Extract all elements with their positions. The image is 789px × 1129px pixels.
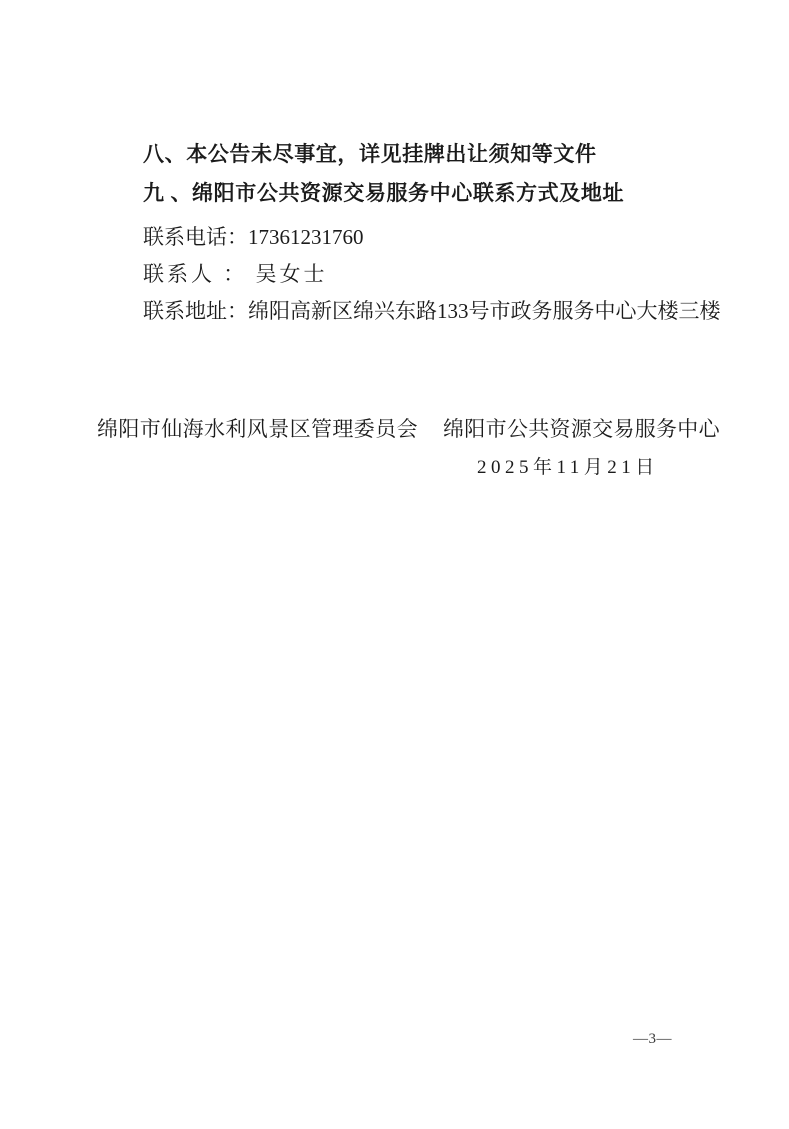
- section-nine-heading: 九 、绵阳市公共资源交易服务中心联系方式及地址: [143, 181, 624, 205]
- signature-left-organization: 绵阳市仙海水利风景区管理委员会: [97, 417, 418, 441]
- signature-date: 2025年11月21日: [477, 456, 659, 480]
- contact-person-line: 联系人 ： 吴女士: [143, 262, 328, 286]
- page-number: —3—: [633, 1031, 672, 1048]
- contact-phone-line: 联系电话：17361231760: [143, 225, 364, 249]
- signature-right-organization: 绵阳市公共资源交易服务中心: [443, 417, 720, 441]
- notice-document-page: 八、本公告未尽事宜，详见挂牌出让须知等文件 九 、绵阳市公共资源交易服务中心联系…: [0, 0, 789, 1129]
- section-eight-heading: 八、本公告未尽事宜，详见挂牌出让须知等文件: [143, 142, 597, 166]
- contact-address-line: 联系地址：绵阳高新区绵兴东路133号市政务服务中心大楼三楼: [143, 299, 721, 323]
